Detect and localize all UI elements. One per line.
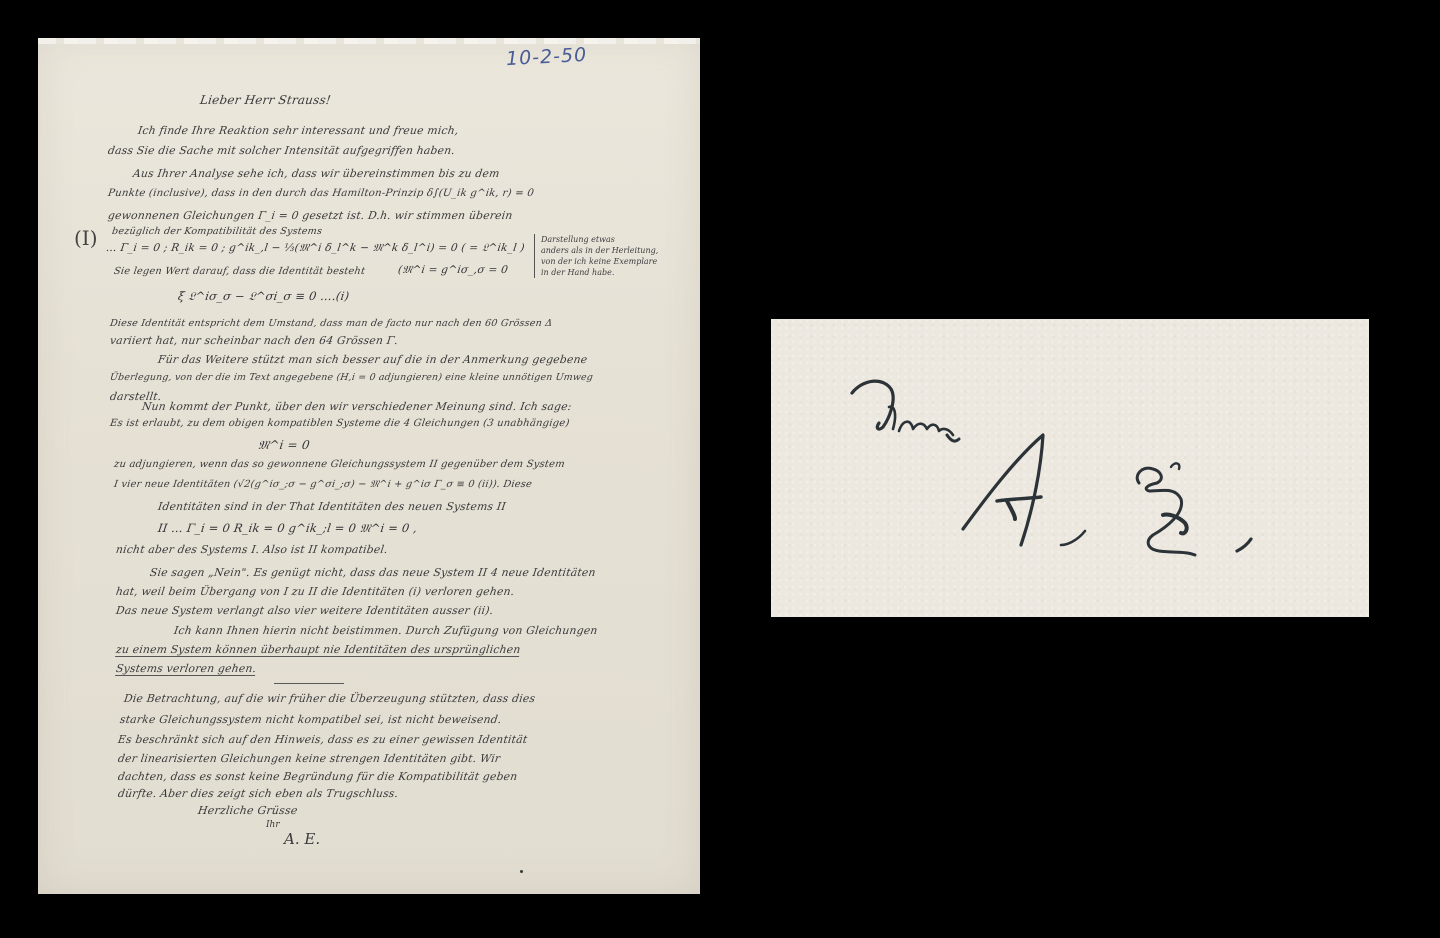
paragraph-line: starke Gleichungssystem nicht kompatibel… xyxy=(119,713,502,726)
identity-equation: ξ 𝔏^iσ_σ − 𝔏^σi_σ ≡ 0 ….(i) xyxy=(177,289,350,304)
letter-date: 10-2-50 xyxy=(505,44,587,70)
paragraph-line: zu einem System können überhaupt nie Ide… xyxy=(115,643,521,657)
salutation: Lieber Herr Strauss! xyxy=(199,93,332,107)
signature-glyphs xyxy=(771,319,1369,617)
signature-a-stroke xyxy=(963,435,1043,545)
paragraph-line: nicht aber des Systems I. Also ist II ko… xyxy=(115,543,389,556)
paragraph-line: Es ist erlaubt, zu dem obigen kompatible… xyxy=(109,418,570,429)
image-canvas: 10-2-50 Lieber Herr Strauss! Ich finde I… xyxy=(0,0,1440,938)
paragraph-line: Aus Ihrer Analyse sehe ich, dass wir übe… xyxy=(132,167,500,180)
signature-detail-image: Ihr A. E. xyxy=(771,319,1369,617)
paragraph-line: Ich finde Ihre Reaktion sehr interessant… xyxy=(137,124,459,137)
paragraph-line: Nun kommt der Punkt, über den wir versch… xyxy=(141,400,572,413)
margin-note-line: Darstellung etwas xyxy=(541,234,658,245)
equation-system-2: II … Γ_i = 0 R_ik = 0 g^ik_;l = 0 𝔐^i = … xyxy=(157,521,418,536)
paragraph-line: Überlegung, von der die im Text angegebe… xyxy=(109,372,594,383)
closing-greeting: Herzliche Grüsse xyxy=(197,804,298,817)
paragraph-line: Das neue System verlangt also vier weite… xyxy=(115,604,494,617)
paragraph-line: zu adjungieren, wenn das so gewonnene Gl… xyxy=(113,459,565,470)
paragraph-line: Punkte (inclusive), dass in den durch da… xyxy=(107,188,534,199)
paragraph-line: Systems verloren gehen. xyxy=(115,662,257,676)
section-divider xyxy=(274,683,344,684)
margin-note: Darstellung etwas anders als in der Herl… xyxy=(534,234,658,278)
signature-ihr-stroke xyxy=(852,381,893,429)
paragraph-line: Für das Weitere stützt man sich besser a… xyxy=(157,353,588,366)
paragraph-line: Es beschränkt sich auf den Hinweis, dass… xyxy=(117,733,528,746)
margin-note-line: anders als in der Herleitung, xyxy=(541,245,658,256)
identity-intro: Sie legen Wert darauf, dass die Identitä… xyxy=(113,266,366,277)
paragraph-line: variiert hat, nur scheinbar nach den 64 … xyxy=(109,334,399,347)
paragraph-line: Diese Identität entspricht dem Umstand, … xyxy=(109,318,553,329)
system-label: (I) xyxy=(74,226,98,250)
paragraph-line: Ich kann Ihnen hierin nicht beistimmen. … xyxy=(173,624,598,637)
ink-speck xyxy=(520,870,523,873)
margin-note-line: von der ich keine Exemplare xyxy=(541,256,658,267)
margin-note-line: in der Hand habe. xyxy=(541,267,658,278)
equation-m-zero: 𝔐^i = 0 xyxy=(257,438,311,453)
paragraph-line: gewonnenen Gleichungen Γ_i = 0 gesetzt i… xyxy=(107,209,513,222)
paragraph-line: Identitäten sind in der That Identitäten… xyxy=(157,500,507,513)
paragraph-line: hat, weil beim Übergang von I zu II die … xyxy=(115,585,515,598)
paragraph-line: bezüglich der Kompatibilität des Systems xyxy=(111,226,323,237)
torn-paper-edge xyxy=(38,38,700,44)
paragraph-line: der linearisierten Gleichungen keine str… xyxy=(117,752,501,765)
equation-m-definition: (𝔐^i = g^iσ_,σ = 0 xyxy=(397,264,509,277)
signature-e-stroke xyxy=(1137,468,1195,555)
paragraph-line: dass Sie die Sache mit solcher Intensitä… xyxy=(107,144,456,157)
equation-system-1: … Γ_i = 0 ; R_ik = 0 ; g^ik_,l − ⅓(𝔐^i δ… xyxy=(105,242,525,255)
signature-initials: A. E. xyxy=(284,830,320,848)
letter-page: 10-2-50 Lieber Herr Strauss! Ich finde I… xyxy=(38,38,700,894)
paragraph-line: Sie sagen „Nein". Es genügt nicht, dass … xyxy=(149,566,596,579)
paragraph-line: dachten, dass es sonst keine Begründung … xyxy=(117,770,518,783)
paragraph-line: dürfte. Aber dies zeigt sich eben als Tr… xyxy=(117,787,399,800)
paragraph-line: I vier neue Identitäten (√2(g^iσ_;σ − g^… xyxy=(113,479,533,490)
paragraph-line: Die Betrachtung, auf die wir früher die … xyxy=(123,692,536,705)
signature-prefix: Ihr xyxy=(266,820,280,830)
